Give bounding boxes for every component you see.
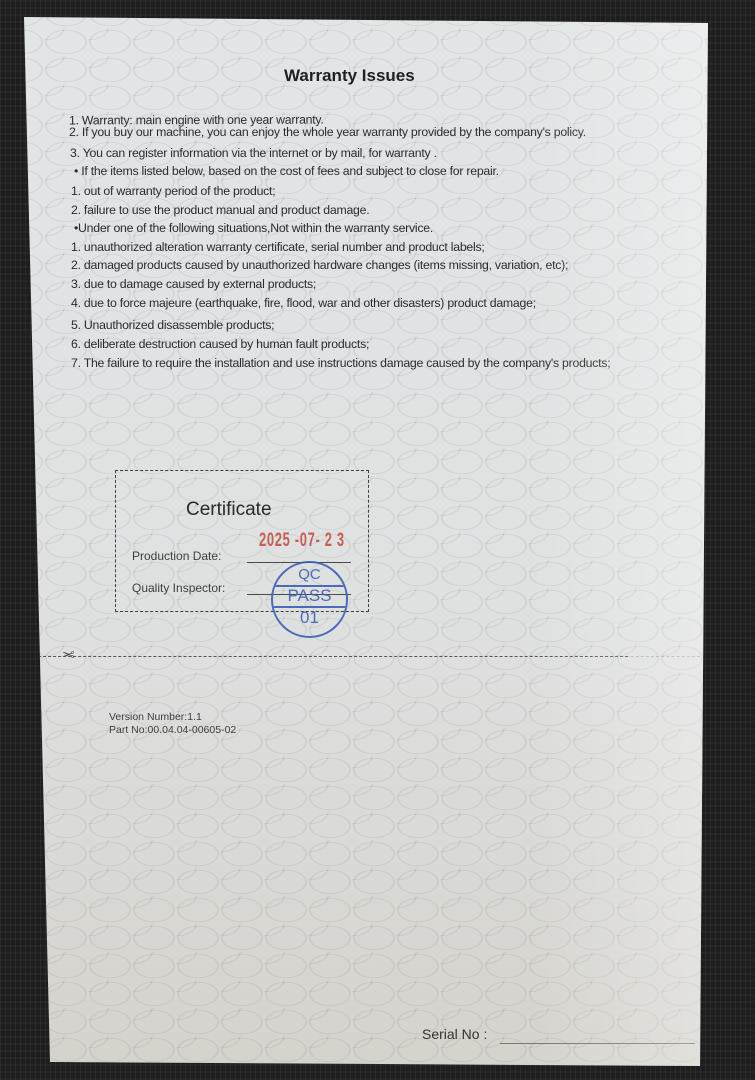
exclusion-item-2: 2. damaged products caused by unauthoriz… [71,258,568,272]
production-date-stamp: 2025 -07- 2 3 [259,530,345,552]
certificate-title: Certificate [186,499,272,521]
qc-stamp-top: QC [273,566,346,583]
exclusion-item-1: 1. unauthorized alteration warranty cert… [71,240,485,254]
scissors-icon: ✂ [62,645,75,663]
exclusion-item-5: 5. Unauthorized disassemble products; [71,318,274,332]
exclusion-item-4: 4. due to force majeure (earthquake, fir… [71,296,536,310]
serial-number-label: Serial No : [422,1026,487,1042]
page-title: Warranty Issues [284,66,415,86]
version-number: Version Number:1.1 [109,711,202,723]
exclusion-item-3: 3. due to damage caused by external prod… [71,277,316,291]
exclusion-item-7: 7. The failure to require the installati… [71,356,610,370]
cut-line-faded [600,656,700,657]
serial-number-field[interactable] [500,1043,695,1044]
quality-inspector-label: Quality Inspector: [132,581,225,595]
exclusion-item-6: 6. deliberate destruction caused by huma… [71,337,369,351]
qc-stamp-bottom: 01 [273,608,346,628]
part-number: Part No:00.04.04-00605-02 [109,724,236,736]
warranty-line-2: 2. If you buy our machine, you can enjoy… [69,125,586,139]
warranty-card: Warranty Issues 1. Warranty: main engine… [0,0,755,1080]
production-date-label: Production Date: [132,549,221,563]
fee-item-2: 2. failure to use the product manual and… [71,203,369,217]
qc-pass-stamp: QC PASS 01 [271,561,348,638]
qc-stamp-middle: PASS [273,586,346,606]
fee-item-1: 1. out of warranty period of the product… [71,184,275,198]
fee-condition-note: • If the items listed below, based on th… [74,164,499,178]
cut-line [38,656,628,657]
warranty-line-3: 3. You can register information via the … [70,146,437,160]
exclusion-note: •Under one of the following situations,N… [74,221,433,235]
